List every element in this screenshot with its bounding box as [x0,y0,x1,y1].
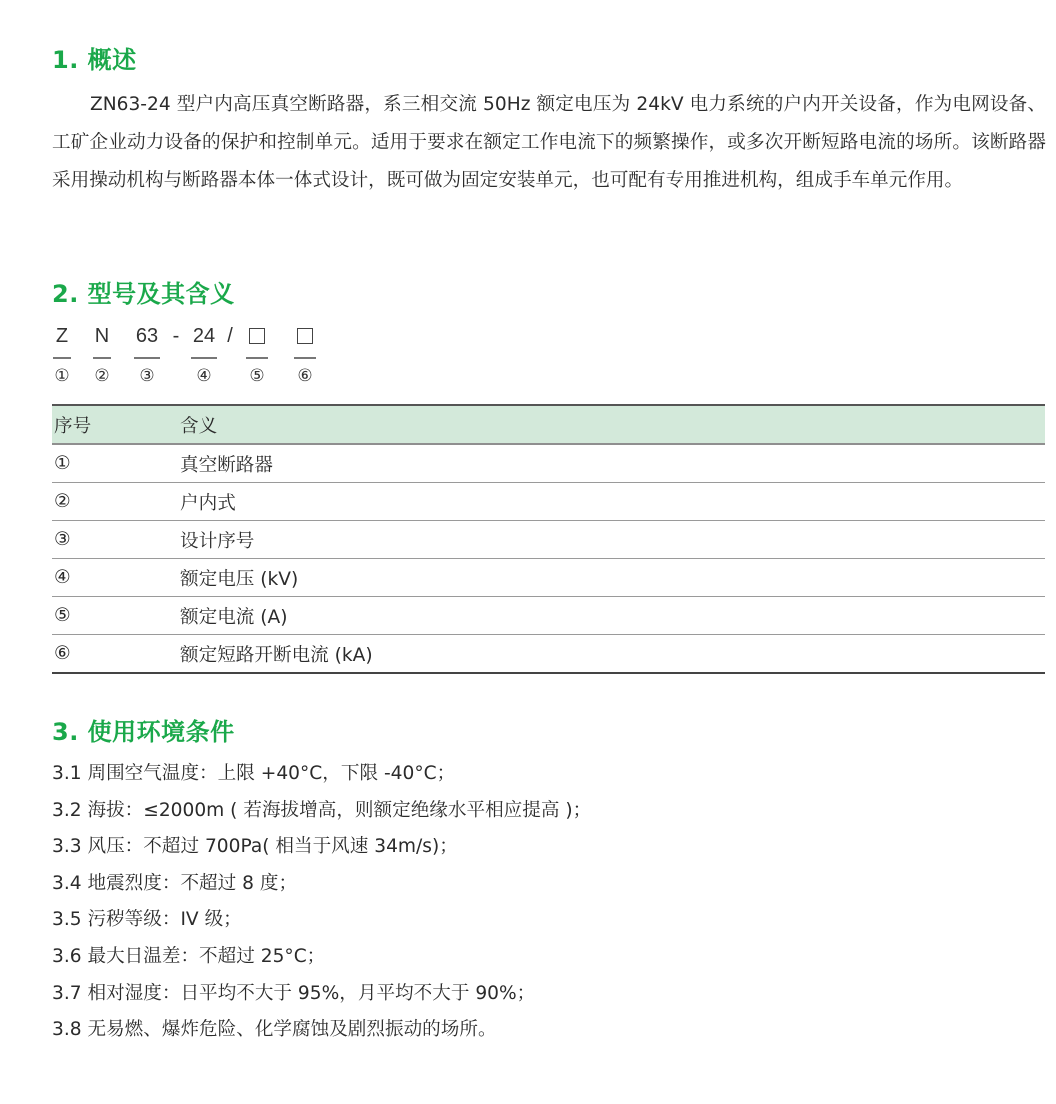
cell-index: ① [52,444,178,483]
cell-meaning: 额定电流 (A) [178,597,1045,635]
column-header-index: 序号 [52,405,178,444]
code-index-1: ① [54,365,69,387]
table-row: ③ 设计序号 [52,521,1045,559]
list-item: 3.4 地震烈度：不超过 8 度； [52,866,591,903]
code-char-z: Z [56,322,68,350]
list-item: 3.5 污秽等级：IV 级； [52,902,591,939]
code-index-5: ⑤ [249,365,264,387]
list-item: 3.1 周围空气温度：上限 +40°C，下限 -40°C； [52,756,591,793]
table-row: ① 真空断路器 [52,444,1045,483]
code-underline [134,357,160,359]
code-placeholder-box-6 [297,328,313,344]
model-meaning-table: 序号 含义 ① 真空断路器 ② 户内式 ③ 设计序号 ④ 额定电压 (kV) ⑤ [52,404,1045,674]
list-item: 3.3 风压：不超过 700Pa( 相当于风速 34m/s)； [52,829,591,866]
list-item: 3.8 无易燃、爆炸危险、化学腐蚀及剧烈振动的场所。 [52,1012,591,1049]
model-code-diagram: Z N 63 - 24 / ① ② ③ ④ ⑤ ⑥ [52,322,352,392]
list-item: 3.2 海拔：≤2000m ( 若海拔增高，则额定绝缘水平相应提高 )； [52,793,591,830]
table-row: ④ 额定电压 (kV) [52,559,1045,597]
cell-meaning: 设计序号 [178,521,1045,559]
code-underline [246,357,268,359]
code-char-n: N [95,322,109,350]
code-char-24: 24 [193,322,215,350]
section-title-overview: 1. 概述 [52,40,137,75]
cell-index: ③ [52,521,178,559]
cell-meaning: 额定电压 (kV) [178,559,1045,597]
cell-index: ⑥ [52,635,178,674]
section-title-model-meaning: 2. 型号及其含义 [52,274,235,309]
code-underline [191,357,217,359]
code-index-6: ⑥ [297,365,312,387]
code-index-4: ④ [196,365,211,387]
code-char-63: 63 [136,322,158,350]
cell-meaning: 真空断路器 [178,444,1045,483]
cell-index: ④ [52,559,178,597]
table-row: ⑤ 额定电流 (A) [52,597,1045,635]
column-header-meaning: 含义 [178,405,1045,444]
list-item: 3.7 相对湿度：日平均不大于 95%，月平均不大于 90%； [52,976,591,1013]
code-separator-slash: / [227,322,233,350]
list-item: 3.6 最大日温差：不超过 25°C； [52,939,591,976]
code-underline [93,357,111,359]
cell-index: ② [52,483,178,521]
overview-paragraph: ZN63-24 型户内高压真空断路器，系三相交流 50Hz 额定电压为 24kV… [52,86,1046,200]
code-underline [294,357,316,359]
cell-meaning: 户内式 [178,483,1045,521]
table-row: ② 户内式 [52,483,1045,521]
code-underline [53,357,71,359]
table-header-row: 序号 含义 [52,405,1045,444]
table-row: ⑥ 额定短路开断电流 (kA) [52,635,1045,674]
environment-conditions-list: 3.1 周围空气温度：上限 +40°C，下限 -40°C； 3.2 海拔：≤20… [52,756,591,1049]
cell-index: ⑤ [52,597,178,635]
code-index-3: ③ [139,365,154,387]
code-placeholder-box-5 [249,328,265,344]
code-index-2: ② [94,365,109,387]
section-title-environment: 3. 使用环境条件 [52,712,235,747]
code-separator-dash: - [173,322,180,350]
cell-meaning: 额定短路开断电流 (kA) [178,635,1045,674]
